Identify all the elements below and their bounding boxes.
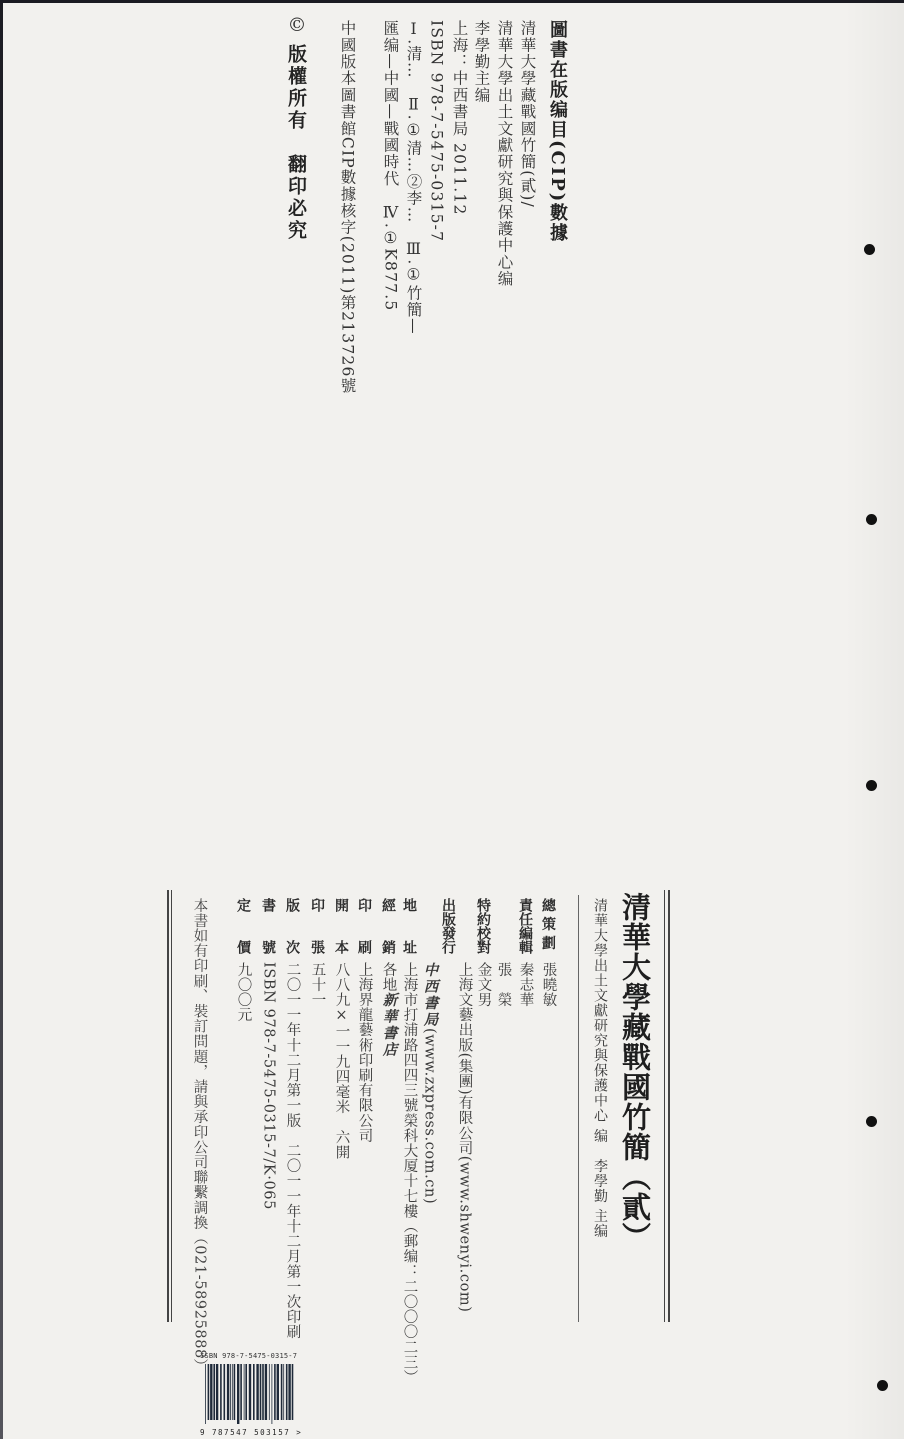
- credit-value: 五十一: [310, 962, 325, 1007]
- cip-line: 清華大學出土文獻研究與保護中心编: [496, 20, 512, 287]
- quality-note: 本書如有印刷、裝訂問題，請與承印公司聯繫調換（021-58925888）: [192, 898, 207, 1374]
- cip-line: 匯编—中國—戰國時代 Ⅳ.①K877.5: [382, 20, 398, 311]
- publisher2-url: (www.zxpress.com.cn): [422, 1028, 438, 1204]
- binding-hole: [866, 514, 877, 525]
- cip-line: 上海：中西書局 2011.12: [451, 20, 467, 216]
- credit-label: 開 本: [334, 898, 348, 954]
- scan-shade: [844, 0, 904, 1439]
- credit-label: 總 策 劃: [541, 898, 555, 950]
- book-editors: 清華大學出土文獻研究與保護中心 编 李學勤 主编: [593, 898, 607, 1239]
- credit-value: 張 榮: [496, 962, 511, 1007]
- credit-value: 上海界龍藝術印刷有限公司: [357, 962, 372, 1143]
- barcode-number: 9 787547 503157 >: [200, 1428, 302, 1437]
- binding-hole: [866, 780, 877, 791]
- title-separator: [578, 895, 579, 1322]
- copyright-notice: 版權所有 翻印必究: [286, 44, 305, 242]
- credit-label: 地 址: [402, 898, 416, 954]
- credit-value: 上海文藝出版(集團)有限公司(www.shwenyi.com): [457, 962, 472, 1313]
- binding-hole: [866, 1116, 877, 1127]
- border-right-inner: [664, 890, 665, 1322]
- scan-edge-top: [0, 0, 904, 3]
- credit-label: 版 次: [285, 898, 299, 954]
- cip-title: 圖書在版编目(CIP)數據: [548, 20, 566, 243]
- credit-value: 九〇〇元: [236, 962, 251, 1022]
- binding-hole: [864, 244, 875, 255]
- credit-value: ISBN 978-7-5475-0315-7/K·065: [261, 962, 276, 1210]
- credit-label: 印 張: [310, 898, 324, 954]
- cip-line: 清華大學藏戰國竹簡(貳)/: [519, 20, 535, 208]
- credit-label: 印 刷: [357, 898, 371, 954]
- credit-label: 定 價: [236, 898, 250, 954]
- credit-value: 二〇一一年十二月第一版 二〇一一年十二月第一次印刷: [285, 962, 300, 1340]
- xinhua-logo: 新華書店: [381, 992, 398, 1058]
- credit-label: 書 號: [261, 898, 275, 954]
- credit-label: 特約校對: [476, 898, 490, 954]
- border-right-outer: [668, 890, 670, 1322]
- credit-label: 經 銷: [381, 898, 395, 954]
- credit-value: 上海市打浦路四四三號榮科大厦十七樓（郵编：二〇〇〇二三）: [402, 962, 417, 1385]
- border-left-inner: [171, 890, 172, 1322]
- cip-line: Ⅰ.清… Ⅱ.①清…②李… Ⅲ.①竹簡—: [405, 20, 421, 335]
- scan-edge-left: [0, 0, 3, 1439]
- binding-hole: [877, 1380, 888, 1391]
- credit-label: 責任編輯: [518, 898, 532, 954]
- barcode-icon: [204, 1364, 296, 1424]
- credit-value: 八八九×一一九四毫米 六開: [334, 962, 349, 1160]
- cip-line: 李學勤主编: [473, 20, 489, 104]
- credit-value: 金文男: [476, 962, 491, 1007]
- publisher2-logo: 中西書局: [422, 962, 439, 1028]
- cip-line: 中國版本圖書館CIP數據核字(2011)第213726號: [339, 20, 355, 394]
- distributor-prefix: 各地: [381, 962, 397, 992]
- barcode-isbn-text: ISBN 978-7-5475-0315-7: [200, 1352, 297, 1360]
- copyright-symbol: ©: [287, 14, 306, 36]
- credit-value: 張曉敏: [541, 962, 556, 1007]
- credit-value-distributor: 各地新華書店: [381, 962, 396, 1058]
- border-left-outer: [167, 890, 169, 1322]
- book-title: 清華大學藏戰國竹簡（貳）: [620, 892, 649, 1252]
- credit-value: 秦志華: [518, 962, 533, 1007]
- credit-label: 出版發行: [441, 898, 455, 954]
- isbn-barcode: ISBN 978-7-5475-0315-7 9 787547 503157 >: [200, 1350, 300, 1439]
- publisher2: 中西書局(www.zxpress.com.cn): [422, 962, 437, 1204]
- cip-line: ISBN 978-7-5475-0315-7: [428, 20, 444, 242]
